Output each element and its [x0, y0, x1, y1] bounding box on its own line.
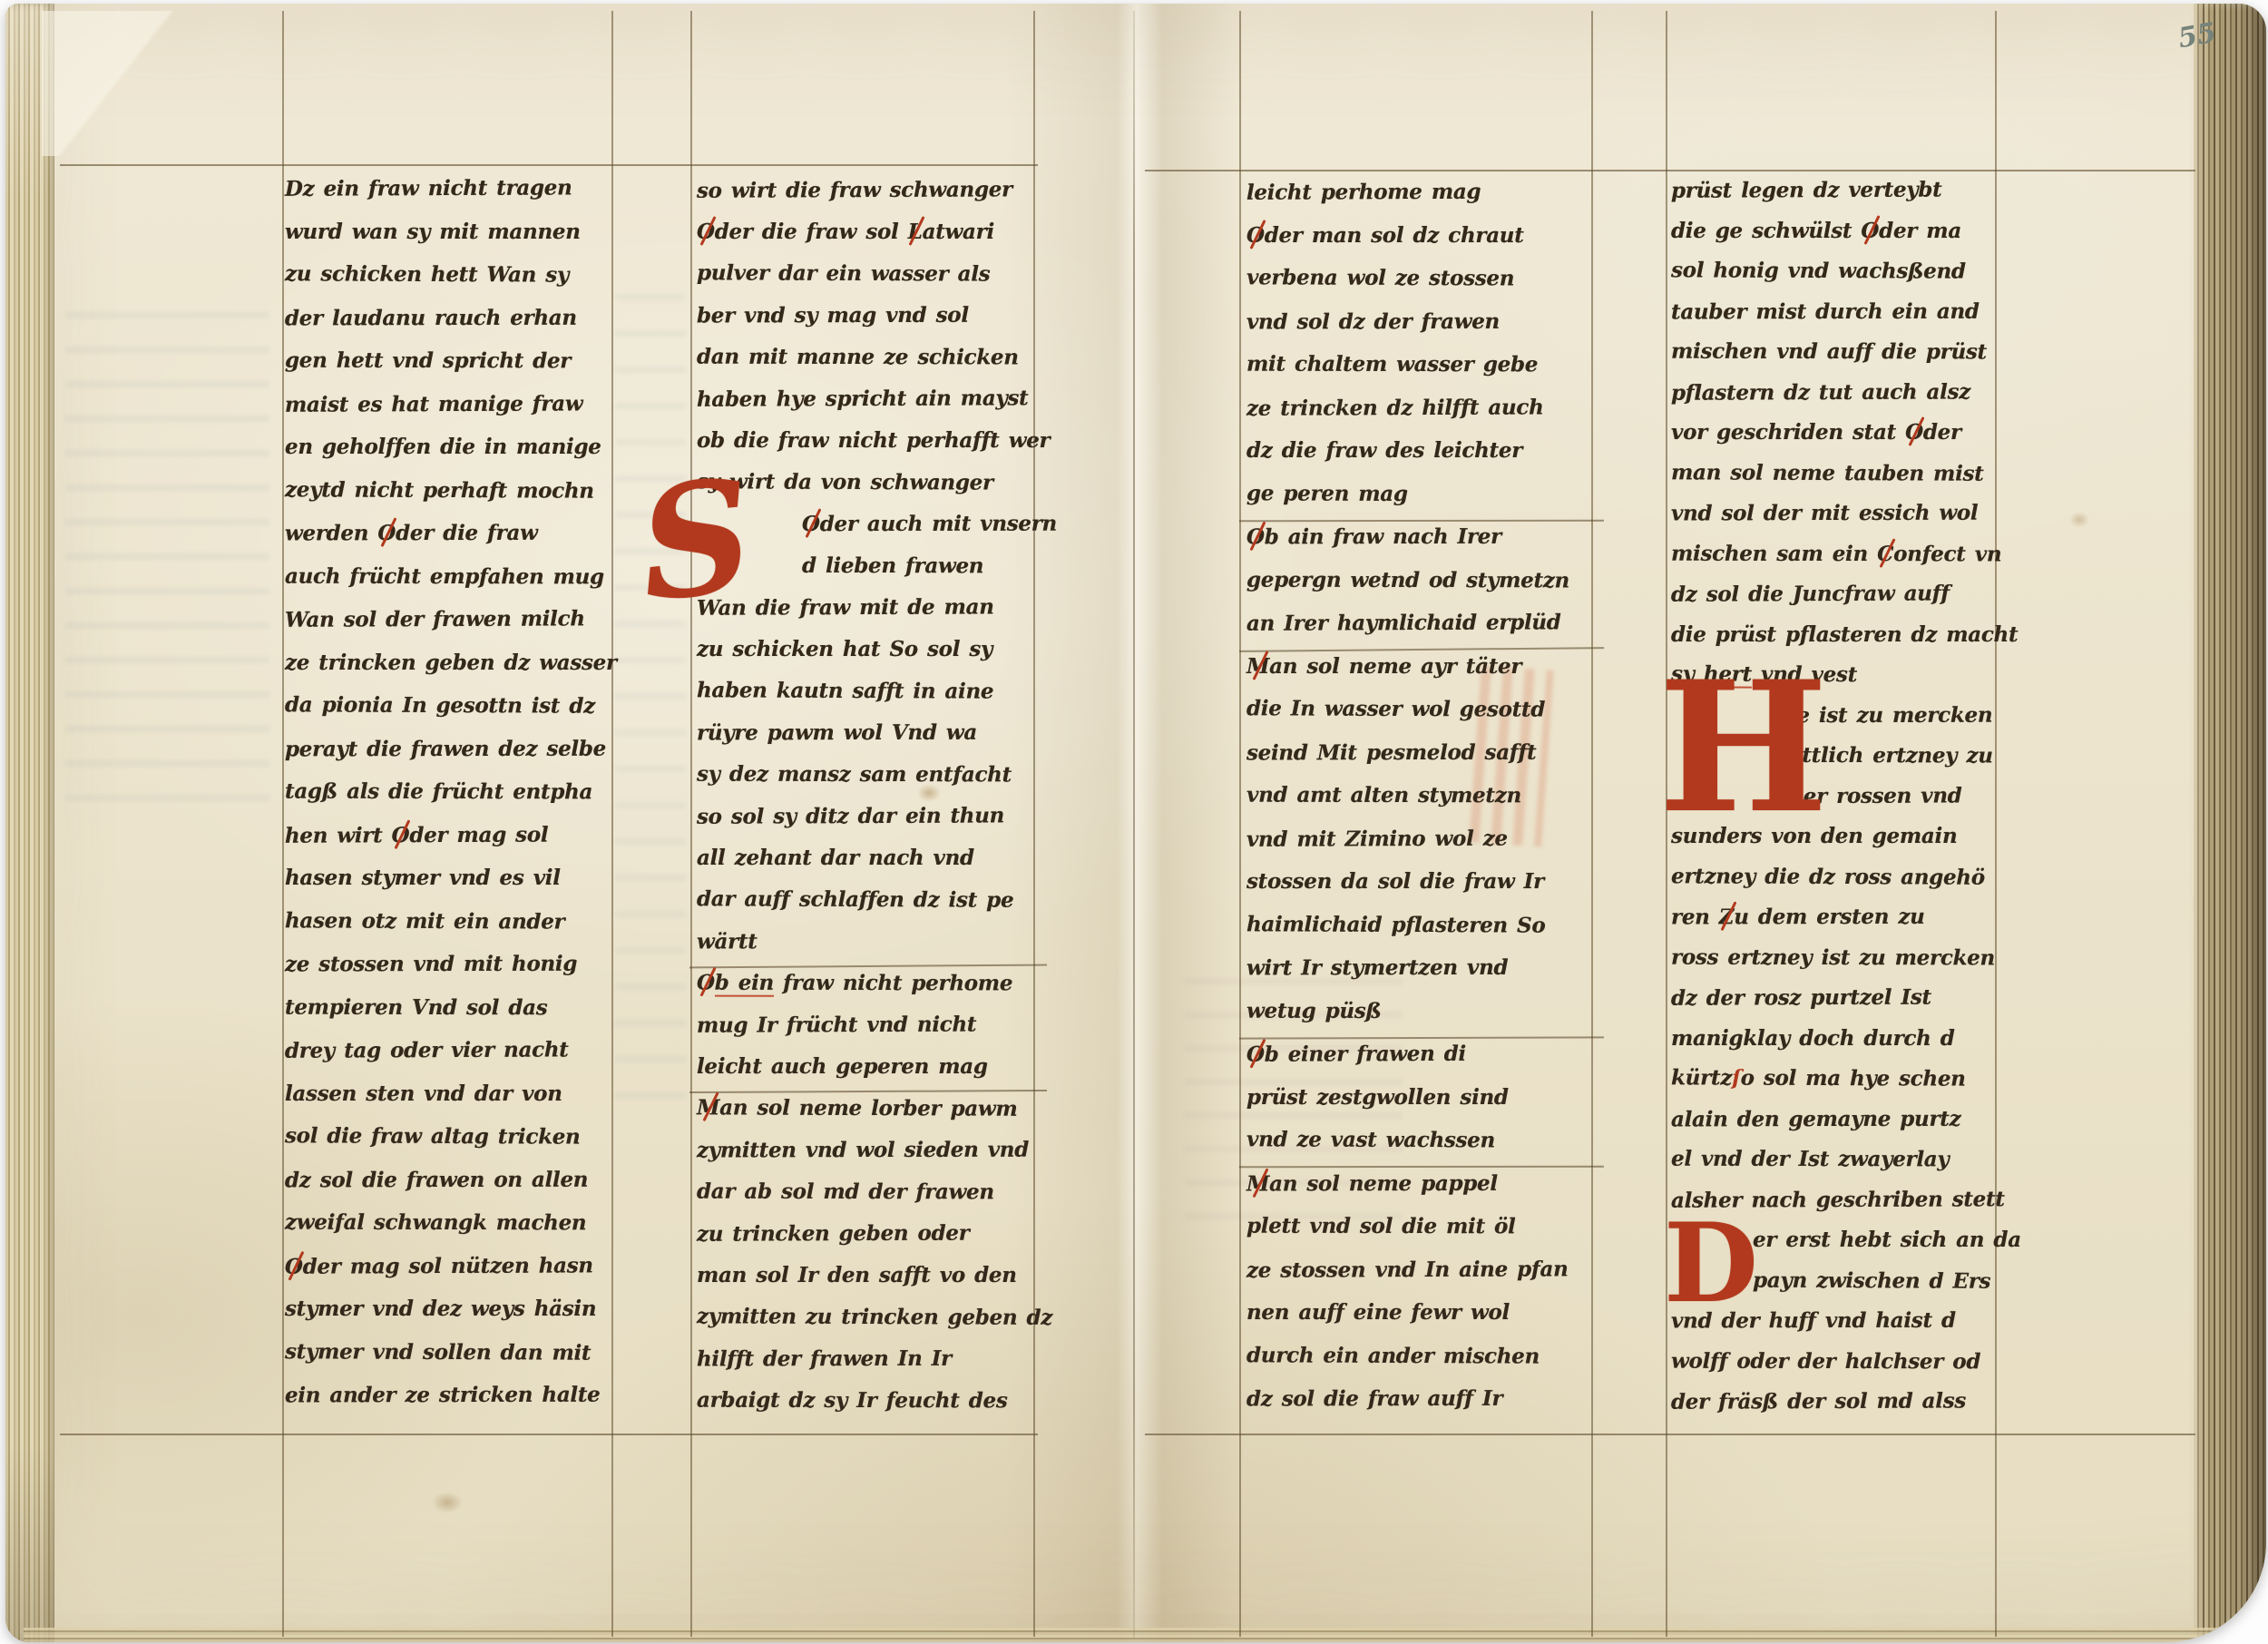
text-segment: vnd ze vast wachssen: [1246, 1127, 1495, 1152]
rubricated-segment: O: [1905, 420, 1923, 446]
rubricated-segment: O: [697, 220, 715, 246]
text-line: vnd sol der mit essich wol: [1671, 501, 1996, 542]
lombard-initial-d: D: [1664, 1220, 1758, 1307]
text-segment: wärtt: [697, 929, 758, 954]
manuscript-photo: Dz ein fraw nicht tragenwurd wan sy mit …: [0, 0, 2268, 1644]
text-line: alain den gemayne purtz: [1671, 1106, 1996, 1147]
text-segment: so sol sy ditz dar ein thun: [697, 803, 1004, 828]
text-segment: ge peren mag: [1246, 481, 1408, 506]
text-segment: mischen vnd auff die prüst: [1671, 339, 1987, 365]
text-segment: alain den gemayne purtz: [1671, 1106, 1960, 1131]
text-segment: ze trincken dz hilfft auch: [1246, 395, 1544, 420]
text-segment: der: [1923, 420, 1961, 445]
lombard-initial-h: H: [1658, 676, 1828, 819]
text-segment: ze stossen vnd In aine pfan: [1246, 1257, 1569, 1282]
text-segment: wirt Ir stymertzen vnd: [1246, 955, 1508, 981]
text-line: plett vnd sol die mit öl: [1246, 1214, 1591, 1257]
text-segment: hilfft der frawen In Ir: [697, 1346, 952, 1372]
text-line: leicht perhome mag: [1246, 179, 1591, 223]
text-segment: werden: [285, 521, 377, 545]
text-line: verbena wol ze stossen: [1246, 265, 1591, 309]
text-segment: ertzney die dz ross angehö: [1671, 864, 1985, 889]
text-segment: leicht auch geperen mag: [697, 1054, 988, 1079]
text-segment: haimlichaid pflasteren So: [1246, 912, 1546, 937]
text-segment: auch frücht empfahen mug: [285, 563, 604, 589]
text-column-4: prüst legen dz verteybtdie ge schwülst O…: [1671, 178, 1996, 1430]
text-line: so sol sy ditz dar ein thun: [697, 803, 1034, 846]
text-segment: zu trincken geben oder: [697, 1221, 970, 1247]
text-line: Ob ein fraw nicht perhome: [697, 971, 1034, 1013]
text-line: ross ertzney ist zu mercken: [1671, 944, 1996, 985]
text-segment: der man sol dz chraut: [1265, 223, 1524, 248]
text-line: vnd amt alten stymetzn: [1246, 783, 1591, 827]
text-segment: ren: [1671, 905, 1719, 929]
showthrough-text: [615, 276, 686, 1129]
text-line: vnd sol dz der frawen: [1246, 308, 1591, 352]
ruling-vertical: [690, 11, 692, 1637]
text-segment: o sol ma hye schen: [1741, 1066, 1966, 1091]
text-line: zu schicken hat So sol sy: [697, 637, 1034, 679]
text-column-1: Dz ein fraw nicht tragenwurd wan sy mit …: [285, 176, 610, 1426]
text-segment: ob die fraw nicht perhafft wer: [697, 428, 1050, 453]
text-column-2: so wirt die fraw schwangerOder die fraw …: [697, 178, 1034, 1430]
text-segment: wetug püsß: [1246, 998, 1382, 1023]
text-segment: el vnd der Ist zwayerlay: [1671, 1147, 1949, 1172]
text-line: Ob ain fraw nach Irer: [1246, 524, 1591, 568]
text-segment: pulver dar ein wasser als: [697, 260, 990, 286]
text-line: haimlichaid pflasteren So: [1246, 912, 1591, 956]
text-line: rüyre pawm wol Vnd wa: [697, 720, 1034, 763]
text-line: sol die fraw altag tricken: [285, 1123, 610, 1168]
text-line: hilfft der frawen In Ir: [697, 1346, 1034, 1389]
folded-corner: [42, 11, 232, 156]
text-line: Wan sol der frawen milch: [285, 606, 610, 651]
text-line: Dz ein fraw nicht tragen: [285, 175, 610, 220]
text-segment: mit chaltem wasser gebe: [1246, 352, 1538, 377]
text-segment: man sol Ir den safft vo den: [697, 1263, 1017, 1287]
text-segment: stymer vnd dez weys häsin: [285, 1297, 596, 1321]
text-line: dz sol die frawen on allen: [285, 1167, 610, 1210]
text-segment: tagß als die frücht entpha: [285, 779, 592, 805]
text-segment: en geholffen die in manige: [285, 435, 601, 459]
text-segment: die ge schwülst: [1671, 219, 1861, 243]
ruling-vertical: [282, 11, 284, 1637]
text-segment: tempieren Vnd sol das: [285, 994, 547, 1020]
section-divider-line: [1239, 647, 1604, 652]
text-line: Man sol neme ayr täter: [1246, 654, 1591, 698]
rubricated-segment: O: [697, 971, 715, 997]
text-segment: vnd sol der mit essich wol: [1671, 501, 1978, 526]
text-segment: haben hye spricht ain mayst: [697, 386, 1029, 412]
text-segment: maist es hat manige fraw: [285, 391, 582, 416]
text-line: drey tag oder vier nacht: [285, 1037, 610, 1081]
text-segment: Wan sol der frawen milch: [285, 606, 585, 631]
text-line: dar auff schlaffen dz ist pe: [697, 886, 1034, 930]
text-segment: haben kautn safft in aine: [697, 678, 993, 703]
text-segment: dz sol die Juncfraw auff: [1671, 581, 1950, 606]
text-segment: dz die fraw des leichter: [1246, 438, 1522, 463]
ruling-vertical: [611, 11, 613, 1637]
text-line: dz die fraw des leichter: [1246, 438, 1591, 482]
text-line: Oder man sol dz chraut: [1246, 223, 1591, 267]
section-divider-line: [689, 964, 1047, 969]
gutter-fold: [1133, 11, 1135, 1639]
text-line: ren Zu dem ersten zu: [1671, 905, 1996, 945]
text-segment: dar auff schlaffen dz ist pe: [697, 886, 1013, 912]
text-line: pflastern dz tut auch alsz: [1671, 379, 1996, 421]
rubricated-segment: O: [377, 521, 396, 547]
rubricated-segment: C: [1877, 542, 1893, 568]
text-segment: an sol neme ayr täter: [1269, 654, 1521, 679]
text-line: wärtt: [697, 929, 1034, 972]
text-segment: er erst hebt sich an da: [1753, 1228, 2021, 1252]
foxing-spot: [432, 1492, 463, 1513]
text-segment: Dz ein fraw nicht tragen: [285, 175, 572, 201]
right-fore-edge: [2194, 4, 2266, 1642]
text-line: ze trincken geben dz wasser: [285, 651, 610, 694]
text-line: Oder die fraw sol Latwari: [697, 220, 1034, 261]
text-segment: zu schicken hett Wan sy: [285, 261, 569, 287]
text-segment: b ain fraw nach Irer: [1265, 524, 1501, 550]
text-segment: zeytd nicht perhaft mochn: [285, 477, 594, 503]
text-line: ob die fraw nicht perhafft wer: [697, 428, 1034, 470]
text-segment: der die fraw sol: [715, 220, 908, 244]
rubricated-segment: O: [1861, 219, 1879, 245]
text-segment: arbaigt dz sy Ir feucht des: [697, 1388, 1008, 1414]
text-line: hasen otz mit ein ander: [285, 908, 610, 953]
text-line: zweifal schwangk machen: [285, 1210, 610, 1254]
rubricated-segment: ſ: [1732, 1066, 1741, 1091]
text-line: stymer vnd sollen dan mit: [285, 1339, 610, 1384]
text-line: zu trincken geben oder: [697, 1220, 1034, 1264]
text-line: haben hye spricht ain mayst: [697, 386, 1034, 429]
text-line: ze stossen vnd In aine pfan: [1246, 1257, 1591, 1301]
text-segment: dan mit manne ze schicken: [697, 345, 1019, 370]
text-segment: onfect vn: [1893, 542, 2001, 566]
text-column-3: leicht perhome magOder man sol dz chraut…: [1246, 180, 1591, 1430]
text-line: hen wirt Oder mag sol: [285, 822, 610, 866]
rubricated-segment: O: [1246, 524, 1265, 551]
text-segment: dar ab sol md der frawen: [697, 1179, 994, 1205]
text-segment: lassen sten vnd dar von: [285, 1081, 562, 1106]
text-line: tempieren Vnd sol das: [285, 994, 610, 1038]
lombard-initial-s: S: [634, 474, 758, 608]
text-segment: ross ertzney ist zu mercken: [1671, 944, 1995, 970]
text-line: ge peren mag: [1246, 481, 1591, 525]
text-line: prüst zestgwollen sind: [1246, 1085, 1591, 1129]
section-divider-line: [1239, 519, 1604, 521]
section-divider-line: [689, 1090, 1047, 1093]
section-divider-line: [1239, 1035, 1604, 1038]
text-line: mit chaltem wasser gebe: [1246, 352, 1591, 396]
text-line: en geholffen die in manige: [285, 435, 610, 478]
text-line: Man sol neme lorber pawm: [697, 1095, 1034, 1139]
ruling-horizontal-bottom: [60, 1434, 1038, 1435]
text-line: der laudanu rauch erhan: [285, 305, 610, 348]
text-line: zeytd nicht perhaft mochn: [285, 477, 610, 522]
text-segment: so wirt die fraw schwanger: [697, 177, 1012, 202]
text-line: perayt die frawen dez selbe: [285, 736, 610, 779]
text-segment: manigklay doch durch d: [1671, 1026, 1955, 1051]
text-segment: prüst zestgwollen sind: [1246, 1085, 1509, 1110]
text-line: wirt Ir stymertzen vnd: [1246, 955, 1591, 999]
text-segment: dz sol die frawen on allen: [285, 1167, 588, 1192]
rubricated-segment: Z: [1719, 905, 1735, 931]
text-line: tauber mist durch ein and: [1671, 298, 1996, 339]
text-segment: leicht perhome mag: [1246, 180, 1481, 205]
foxing-spot: [2069, 512, 2089, 528]
text-line: vor geschriden stat Oder: [1671, 420, 1996, 461]
text-line: da pionia In gesottn ist dz: [285, 692, 610, 737]
rubricated-segment: O: [285, 1254, 303, 1280]
text-segment: ze trincken geben dz wasser: [285, 651, 617, 675]
rubricated-segment: M: [697, 1095, 719, 1121]
text-segment: mug Ir frücht vnd nicht: [697, 1012, 976, 1037]
text-line: dz der rosz purtzel Ist: [1671, 984, 1996, 1026]
text-segment: der mag sol: [409, 822, 548, 847]
text-segment: nen auff eine fewr wol: [1246, 1300, 1510, 1325]
text-segment: vor geschriden stat: [1671, 420, 1905, 445]
text-segment: zymitten vnd wol sieden vnd: [697, 1138, 1029, 1163]
text-segment: drey tag oder vier nacht: [285, 1037, 569, 1062]
text-line: zu schicken hett Wan sy: [285, 261, 610, 306]
text-line: man sol Ir den safft vo den: [697, 1263, 1034, 1305]
text-line: arbaigt dz sy Ir feucht des: [697, 1388, 1034, 1431]
text-line: nen auff eine fewr wol: [1246, 1300, 1591, 1344]
text-line: mischen vnd auff die prüst: [1671, 339, 1996, 380]
text-line: el vnd der Ist zwayerlay: [1671, 1147, 1996, 1188]
text-segment: zymitten zu trincken geben dz: [697, 1304, 1052, 1330]
text-line: wolff oder der halchser od: [1671, 1348, 1996, 1389]
text-segment: an Irer haymlichaid erplüd: [1246, 610, 1561, 635]
text-segment: stossen da sol die fraw Ir: [1246, 869, 1544, 894]
rubricated-segment: L: [908, 220, 923, 246]
text-line: seind Mit pesmelod safft: [1246, 739, 1591, 783]
text-line: der fräsß der sol md alss: [1671, 1388, 1996, 1430]
text-segment: u dem ersten zu: [1734, 905, 1924, 929]
text-line: auch frücht empfahen mug: [285, 563, 610, 607]
text-segment: der auch mit vnsern: [820, 512, 1057, 537]
text-line: dz sol die Juncfraw auff: [1671, 581, 1996, 622]
text-segment: prüst legen dz verteybt: [1671, 177, 1942, 202]
text-line: Ob einer frawen di: [1246, 1041, 1591, 1085]
text-segment: perayt die frawen dez selbe: [285, 736, 606, 761]
text-segment: atwari: [923, 220, 994, 244]
text-segment: der die fraw: [396, 521, 537, 545]
text-segment: ber vnd sy mag vnd sol: [697, 303, 969, 328]
text-segment: seind Mit pesmelod safft: [1246, 739, 1536, 765]
text-segment: kürtz: [1671, 1065, 1732, 1090]
text-line: ein ander ze stricken halte: [285, 1383, 610, 1426]
text-line: dar ab sol md der frawen: [697, 1179, 1034, 1222]
folio-number: 55: [2175, 17, 2218, 55]
text-segment: da pionia In gesottn ist dz: [285, 692, 595, 718]
text-line: vnd ze vast wachssen: [1246, 1127, 1591, 1171]
text-segment: hasen stymer vnd es vil: [285, 866, 561, 890]
text-segment: durch ein ander mischen: [1246, 1343, 1540, 1368]
text-segment: sol honig vnd wachsßend: [1671, 258, 1966, 283]
text-line: hasen stymer vnd es vil: [285, 866, 610, 909]
text-line: gepergn wetnd od stymetzn: [1246, 567, 1591, 611]
text-segment: vnd amt alten stymetzn: [1246, 783, 1521, 808]
text-segment: fraw nicht perhome: [774, 971, 1012, 996]
text-line: ertzney die dz ross angehö: [1671, 864, 1996, 905]
text-line: zymitten zu trincken geben dz: [697, 1304, 1034, 1347]
text-line: all zehant dar nach vnd: [697, 846, 1034, 887]
text-line: dan mit manne ze schicken: [697, 345, 1034, 387]
text-segment: ze stossen vnd mit honig: [285, 952, 577, 977]
text-segment: all zehant dar nach vnd: [697, 846, 974, 870]
text-segment: dz sol die fraw auff Ir: [1246, 1386, 1502, 1412]
text-segment: rüyre pawm wol Vnd wa: [697, 720, 977, 746]
text-segment: mischen sam ein: [1671, 541, 1877, 565]
text-segment: der laudanu rauch erhan: [285, 305, 577, 330]
text-line: zymitten vnd wol sieden vnd: [697, 1138, 1034, 1180]
text-line: stymer vnd dez weys häsin: [285, 1297, 610, 1340]
text-segment: gen hett vnd spricht der: [285, 348, 571, 374]
text-segment: payn zwischen d Ers: [1753, 1267, 1990, 1293]
text-line: die ge schwülst Oder ma: [1671, 219, 1996, 259]
text-line: prüst legen dz verteybt: [1671, 177, 1996, 219]
text-line: tagß als die frücht entpha: [285, 779, 610, 823]
text-segment: vnd mit Zimino wol ze: [1246, 826, 1508, 851]
text-segment: der fräsß der sol md alss: [1671, 1388, 1966, 1414]
text-line: so wirt die fraw schwanger: [697, 177, 1034, 220]
text-line: mug Ir frücht vnd nicht: [697, 1012, 1034, 1055]
text-line: sy dez mansz sam entfacht: [697, 762, 1034, 805]
ruling-horizontal-top: [60, 164, 1038, 166]
bottom-page-edges: [24, 1628, 2257, 1642]
text-line: an Irer haymlichaid erplüd: [1246, 610, 1591, 654]
text-segment: wurd wan sy mit mannen: [285, 220, 581, 244]
text-segment: tauber mist durch ein and: [1671, 298, 1980, 324]
text-line: manigklay doch durch d: [1671, 1026, 1996, 1067]
text-segment: plett vnd sol die mit öl: [1246, 1214, 1516, 1239]
text-line: maist es hat manige fraw: [285, 391, 610, 435]
rubricated-segment: M: [1246, 1171, 1269, 1198]
text-line: durch ein ander mischen: [1246, 1343, 1591, 1387]
text-line: ber vnd sy mag vnd sol: [697, 303, 1034, 346]
text-segment: wolff oder der halchser od: [1671, 1348, 1980, 1374]
rubricated-segment: O: [1246, 223, 1265, 250]
text-segment: die In wasser wol gesottd: [1246, 696, 1545, 721]
text-segment: verbena wol ze stossen: [1246, 265, 1514, 290]
text-segment: der ma: [1879, 219, 1961, 243]
text-segment: hasen otz mit ein ander: [285, 908, 564, 934]
text-line: mischen sam ein Confect vn: [1671, 541, 1996, 582]
text-segment: d lieben frawen: [802, 553, 983, 578]
text-line: kürtzſo sol ma hye schen: [1671, 1065, 1996, 1107]
text-segment: zweifal schwangk machen: [285, 1210, 586, 1236]
text-segment: b einer frawen di: [1265, 1042, 1466, 1067]
text-line: ze stossen vnd mit honig: [285, 952, 610, 995]
rubricated-segment: b ein: [715, 971, 774, 997]
text-segment: an sol neme pappel: [1269, 1170, 1498, 1196]
text-line: Man sol neme pappel: [1246, 1170, 1591, 1214]
left-fore-edge: [5, 4, 54, 1642]
text-line: stossen da sol die fraw Ir: [1246, 869, 1591, 913]
text-segment: man sol neme tauben mist: [1671, 460, 1984, 485]
ruling-vertical: [1591, 11, 1593, 1637]
text-line: sol honig vnd wachsßend: [1671, 258, 1996, 299]
text-line: man sol neme tauben mist: [1671, 460, 1996, 502]
open-book: Dz ein fraw nicht tragenwurd wan sy mit …: [5, 4, 2266, 1642]
text-segment: sol die fraw altag tricken: [285, 1123, 581, 1149]
rubricated-segment: O: [392, 823, 410, 849]
text-segment: dz der rosz purtzel Ist: [1671, 985, 1931, 1011]
text-segment: gepergn wetnd od stymetzn: [1246, 567, 1569, 592]
text-line: vnd mit Zimino wol ze: [1246, 826, 1591, 870]
text-line: ze trincken dz hilfft auch: [1246, 395, 1591, 439]
text-line: gen hett vnd spricht der: [285, 348, 610, 392]
text-segment: vnd sol dz der frawen: [1246, 308, 1500, 334]
text-line: wetug püsß: [1246, 998, 1591, 1042]
text-segment: ein ander ze stricken halte: [285, 1383, 601, 1408]
text-line: die In wasser wol gesottd: [1246, 696, 1591, 740]
ruling-vertical: [1239, 11, 1241, 1637]
text-line: werden Oder die fraw: [285, 521, 610, 564]
showthrough-text: [65, 303, 269, 829]
rubricated-segment: M: [1246, 654, 1269, 680]
section-divider-line: [1239, 1165, 1604, 1167]
rubricated-segment: O: [1246, 1042, 1265, 1069]
text-segment: der mag sol nützen hasn: [303, 1253, 593, 1278]
text-segment: zu schicken hat So sol sy: [697, 637, 992, 661]
ruling-horizontal-top: [1145, 170, 2195, 171]
text-segment: an sol neme lorber pawm: [719, 1095, 1017, 1120]
rubricated-segment: O: [802, 512, 820, 538]
text-line: pulver dar ein wasser als: [697, 260, 1034, 304]
text-line: haben kautn safft in aine: [697, 678, 1034, 721]
ruling-horizontal-bottom: [1145, 1434, 2195, 1435]
text-line: Oder mag sol nützen hasn: [285, 1253, 610, 1297]
text-line: wurd wan sy mit mannen: [285, 220, 610, 263]
text-line: leicht auch geperen mag: [697, 1054, 1034, 1096]
text-segment: pflastern dz tut auch alsz: [1671, 379, 1970, 405]
text-line: dz sol die fraw auff Ir: [1246, 1386, 1591, 1430]
text-segment: stymer vnd sollen dan mit: [285, 1339, 591, 1365]
text-segment: sy dez mansz sam entfacht: [697, 762, 1012, 788]
text-segment: hen wirt: [285, 823, 392, 847]
text-line: lassen sten vnd dar von: [285, 1081, 610, 1125]
